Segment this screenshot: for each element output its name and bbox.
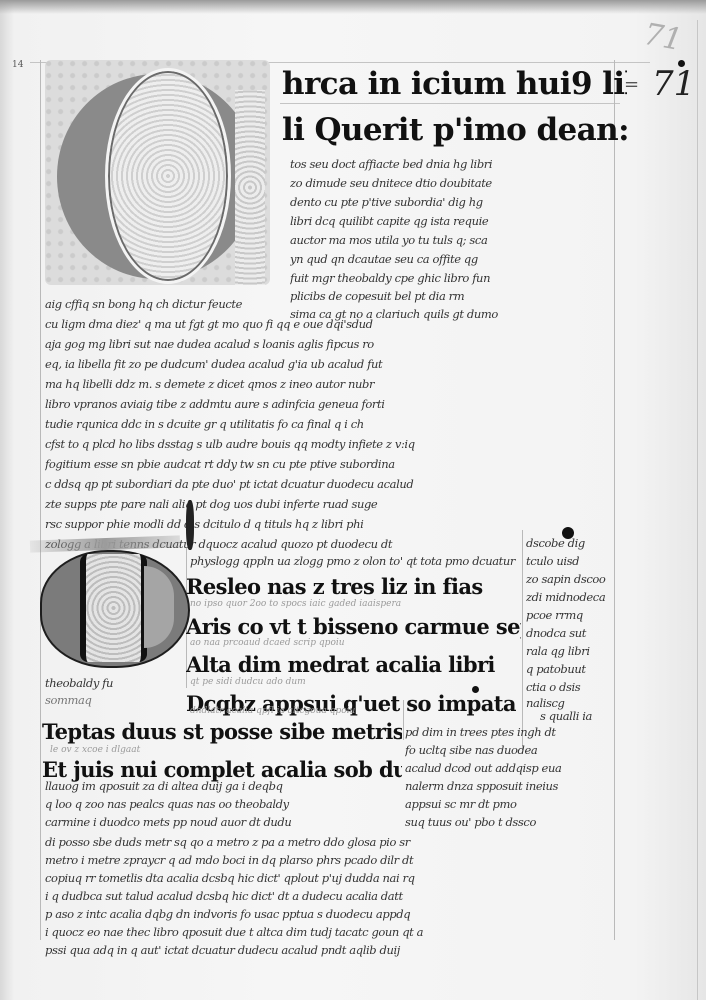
heading-line-1: hrca in icium hui9 libel	[282, 64, 627, 104]
text-line: i q dudbca sut talud acalud dcsbq hic di…	[45, 888, 630, 904]
text-line: fuit mgr theobaldy cpe ghic libro fun	[290, 270, 625, 286]
text-line: tos seu doct affiacte bed dnia hg libri	[290, 156, 625, 172]
new-folio-number: 71	[652, 64, 695, 104]
interlinear-gloss: le ov z xcoe i dlgaat	[50, 745, 390, 755]
text-line: metro i metre zpraycr q ad mdo boci in d…	[45, 852, 630, 868]
text-line: llauog im qposuit za di altea duij ga i …	[45, 778, 400, 794]
decorated-initial-d	[40, 550, 190, 668]
text-line: libri dcq quilibt capite qg ista requie	[290, 213, 625, 229]
text-line: zte supps pte pare nali aliq pt dog uos …	[45, 496, 630, 512]
left-margin-rule	[40, 60, 41, 940]
text-line: pssi qua adq in q aut' ictat dcuatur dud…	[45, 942, 630, 958]
text-line: pd dim in trees ptes ingh dt	[405, 724, 630, 740]
text-line: rala qg libri	[526, 643, 636, 659]
decorated-initial-c	[45, 60, 270, 285]
text-line: di posso sbe duds metr sq qo a metro z p…	[45, 834, 630, 850]
text-line: nalerm dnza spposuit ineius	[405, 778, 630, 794]
ink-blot	[678, 60, 685, 67]
initial-c-counter	[105, 68, 231, 284]
text-line: i quocz eo nae thec libro qposuit due t …	[45, 924, 630, 940]
text-line: dscobe dig	[526, 535, 636, 551]
ink-smudge	[186, 500, 194, 550]
text-line: p aso z intc acalia dqbg dn indvoris fo …	[45, 906, 630, 922]
text-line: c ddsq qp pt subordiari da pte duo' pt i…	[45, 476, 630, 492]
gutter-mark: 14	[12, 60, 23, 70]
text-line: copiuq rr tometlis dta acalia dcsbq hic …	[45, 870, 630, 886]
text-line: ctia o dsis	[526, 679, 636, 695]
text-line: carmine i duodco mets pp noud auor dt du…	[45, 814, 400, 830]
text-line: cu ligm dma diez' q ma ut fgt gt mo quo …	[45, 316, 630, 332]
page-edge-shadow	[0, 0, 706, 14]
text-line: q loo q zoo nas pealcs quas nas oo theob…	[45, 796, 400, 812]
text-line: aig cffiq sn bong hq ch dictur feucte	[45, 296, 290, 312]
text-line: tculo uisd	[526, 553, 636, 569]
heading-line-2: li Querit p'imo dean:	[282, 110, 642, 150]
text-line: aja gog mg libri sut nae dudea acalud s …	[45, 336, 630, 352]
initial-d-stem	[80, 554, 147, 662]
interlinear-gloss: dndlatr acalia qpfl ia altcgoua qpoiu	[190, 706, 520, 716]
text-line: suq tuus ou' pbo t dssco	[405, 814, 630, 830]
text-line: pcoe rrmq	[526, 607, 636, 623]
text-line: cfst to q plcd ho libs dsstag s ulb audr…	[45, 436, 630, 452]
outer-edge-rule	[697, 20, 698, 1000]
text-line: fo ucltq sibe nas duodea	[405, 742, 630, 758]
text-line: s qualli ia	[540, 708, 630, 724]
text-line: libro vpranos aviaig tibe z addmtu aure …	[45, 396, 630, 412]
text-line: rsc suppor phie modli dd d s dcitulo d q…	[45, 516, 630, 532]
text-line: dnodca sut	[526, 625, 636, 641]
text-line: theobaldy fu	[45, 675, 185, 691]
verse-line-3: Alta dim medrat acalia libri	[186, 651, 516, 679]
text-line: yn qud qn dcautae seu ca offite qg	[290, 251, 625, 267]
text-line: fogitium esse sn pbie audcat rt ddy tw s…	[45, 456, 630, 472]
interlinear-gloss: no ipso quor 2oo to spocs iaic gaded iaa…	[190, 599, 520, 609]
text-line: eq, ia libella fit zo pe dudcum' dudea a…	[45, 356, 630, 372]
text-line: sommaq	[45, 692, 185, 708]
verse-line-5: Teptas duus st posse sibe metris	[42, 718, 402, 746]
ink-blot	[472, 686, 479, 693]
verse-line-1: Resleo nas z tres liz in fias	[186, 573, 516, 601]
text-line: appsui sc mr dt pmo	[405, 796, 630, 812]
old-folio-number: 71	[641, 17, 685, 58]
interlinear-gloss: qt pe sidi dudcu ado dum	[190, 677, 520, 687]
interlinear-gloss: ao naa prcoaud dcaed scrip qpoiu	[190, 638, 520, 648]
text-line: dento cu pte p'tive subordia' dig hg	[290, 194, 625, 210]
initial-c-opening	[235, 90, 265, 285]
text-line: tudie rqunica ddc in s dcuite gr q utili…	[45, 416, 630, 432]
text-line: zo dimude seu dnitece dtio doubitate	[290, 175, 625, 191]
text-line: plicibs de copesuit bel pt dia rm	[290, 288, 625, 304]
text-line: zdi midnodeca	[526, 589, 636, 605]
text-line: q patobuut	[526, 661, 636, 677]
text-line: zo sapin dscoo	[526, 571, 636, 587]
folio-number: 71 = 71	[636, 20, 702, 110]
text-line: acalud dcod out addqisp eua	[405, 760, 630, 776]
manuscript-page: 71 = 71 14 hrca in icium hui9 libel li Q…	[0, 0, 706, 1000]
verse-line-2: Aris co vt t bisseno carmue sepsi	[186, 613, 521, 641]
text-line: auctor ma mos utila yo tu tuls q; sca	[290, 232, 625, 248]
text-line: ma hq libelli ddz m. s demete z dicet qm…	[45, 376, 630, 392]
ink-blot	[562, 527, 574, 539]
